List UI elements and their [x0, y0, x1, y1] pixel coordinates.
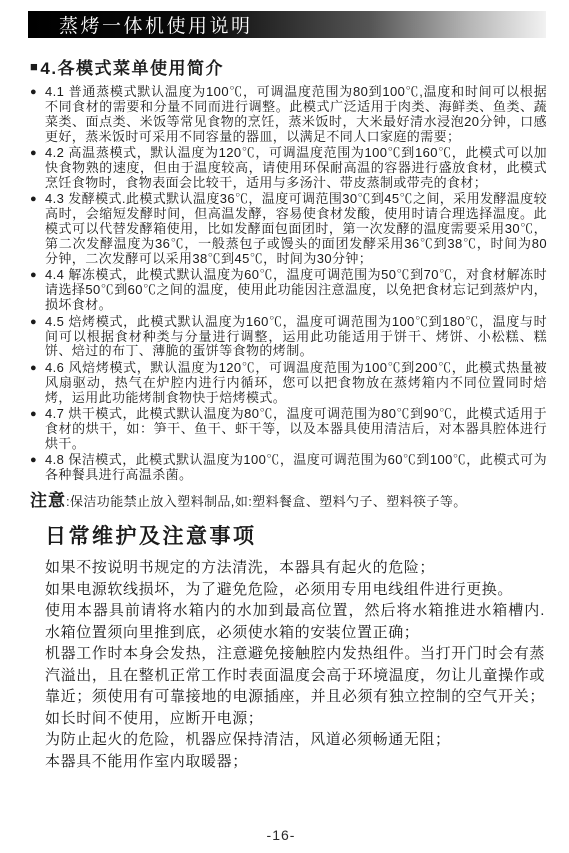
maintenance-paragraph: 为防止起火的危险，机器应保持清洁，风道必须畅通无阻； [45, 729, 545, 751]
mode-list: ● 4.1 普通蒸模式默认温度为100℃，可调温度范围为80到100℃,温度和时… [30, 85, 547, 483]
mode-list-item: ● 4.7 烘干模式，此模式默认温度为80℃，温度可调范围为80℃到90℃，此模… [30, 407, 547, 452]
mode-item-text: 4.1 普通蒸模式默认温度为100℃，可调温度范围为80到100℃,温度和时间可… [45, 85, 547, 145]
maintenance-body: 如果不按说明书规定的方法清洗，本器具有起火的危险； 如果电源软线损坏，为了避免危… [45, 557, 545, 772]
maintenance-paragraph: 机器工作时本身会发热，注意避免接触腔内发热组件。当打开门时会有蒸汽溢出，且在整机… [45, 643, 545, 729]
section-heading: ■ 4.各模式菜单使用简介 [30, 54, 547, 79]
dot-bullet-icon: ● [30, 192, 45, 267]
maintenance-heading: 日常维护及注意事项 [45, 520, 547, 550]
mode-item-text: 4.2 高温蒸模式，默认温度为120℃，可调温度范围为100℃到160℃，此模式… [45, 146, 547, 191]
mode-list-item: ● 4.1 普通蒸模式默认温度为100℃，可调温度范围为80到100℃,温度和时… [30, 85, 547, 145]
notice-text: :保洁功能禁止放入塑料制品,如:塑料餐盒、塑料勺子、塑料筷子等。 [66, 494, 467, 509]
mode-list-item: ● 4.6 风焙烤模式，默认温度为120℃，可调温度范围为100℃到200℃，此… [30, 361, 547, 406]
mode-list-item: ● 4.8 保洁模式，此模式默认温度为100℃，温度可调范围为60℃到100℃，… [30, 453, 547, 483]
section-title: 4.各模式菜单使用简介 [40, 54, 224, 79]
notice-label: 注意 [30, 491, 66, 510]
dot-bullet-icon: ● [30, 407, 45, 452]
mode-item-text: 4.6 风焙烤模式，默认温度为120℃，可调温度范围为100℃到200℃，此模式… [45, 361, 547, 406]
mode-list-item: ● 4.2 高温蒸模式，默认温度为120℃，可调温度范围为100℃到160℃，此… [30, 146, 547, 191]
maintenance-paragraph: 如果电源软线损坏，为了避免危险，必须用专用电线组件进行更换。 [45, 579, 545, 601]
page-header: 蒸烤一体机使用说明 [28, 11, 546, 38]
mode-item-text: 4.8 保洁模式，此模式默认温度为100℃，温度可调范围为60℃到100℃，此模… [45, 453, 547, 483]
maintenance-paragraph: 本器具不能用作室内取暖器； [45, 751, 545, 773]
dot-bullet-icon: ● [30, 146, 45, 191]
dot-bullet-icon: ● [30, 453, 45, 483]
mode-list-item: ● 4.5 焙烤模式，此模式默认温度为160℃，温度可调范围为100℃到180℃… [30, 315, 547, 360]
mode-list-item: ● 4.4 解冻模式，此模式默认温度为60℃，温度可调范围为50℃到70℃，对食… [30, 268, 547, 313]
notice-line: 注意:保洁功能禁止放入塑料制品,如:塑料餐盒、塑料勺子、塑料筷子等。 [30, 486, 547, 511]
mode-item-text: 4.5 焙烤模式，此模式默认温度为160℃，温度可调范围为100℃到180℃，温… [45, 315, 547, 360]
maintenance-paragraph: 如果不按说明书规定的方法清洗，本器具有起火的危险； [45, 557, 545, 579]
mode-item-text: 4.3 发酵模式.此模式默认温度36℃，温度可调范围30℃到45℃之间，采用发酵… [45, 192, 547, 267]
dot-bullet-icon: ● [30, 268, 45, 313]
mode-item-text: 4.7 烘干模式，此模式默认温度为80℃，温度可调范围为80℃到90℃，此模式适… [45, 407, 547, 452]
mode-item-text: 4.4 解冻模式，此模式默认温度为60℃，温度可调范围为50℃到70℃，对食材解… [45, 268, 547, 313]
page-title: 蒸烤一体机使用说明 [28, 11, 253, 38]
dot-bullet-icon: ● [30, 85, 45, 145]
manual-page: 蒸烤一体机使用说明 ■ 4.各模式菜单使用简介 ● 4.1 普通蒸模式默认温度为… [0, 0, 569, 853]
mode-list-item: ● 4.3 发酵模式.此模式默认温度36℃，温度可调范围30℃到45℃之间，采用… [30, 192, 547, 267]
maintenance-paragraph: 使用本器具前请将水箱内的水加到最高位置，然后将水箱推进水箱槽内.水箱位置须向里推… [45, 600, 545, 643]
dot-bullet-icon: ● [30, 361, 45, 406]
square-bullet-icon: ■ [30, 59, 39, 74]
dot-bullet-icon: ● [30, 315, 45, 360]
page-content: ■ 4.各模式菜单使用简介 ● 4.1 普通蒸模式默认温度为100℃，可调温度范… [30, 54, 547, 772]
page-number: -16- [0, 827, 562, 843]
